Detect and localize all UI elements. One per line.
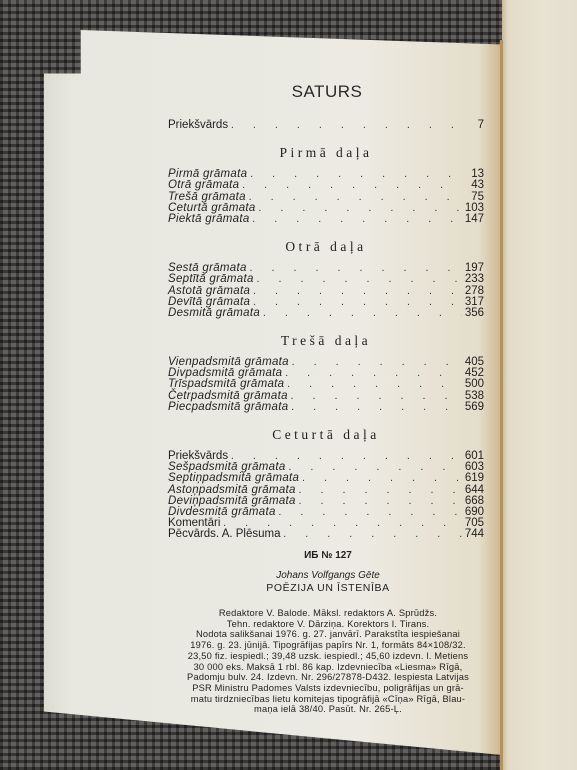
toc-entry: Septiņpadsmitā grāmata. . . . . . . . . … <box>168 473 484 484</box>
leader-dots: . . . . . . . . . . . . . . . . . . . . … <box>250 263 462 274</box>
toc-entry: Otrā grāmata. . . . . . . . . . . . . . … <box>168 180 484 191</box>
toc-page-number: 147 <box>462 214 484 225</box>
toc-page-number: 7 <box>462 120 484 131</box>
leader-dots: . . . . . . . . . . . . . . . . . . . . … <box>284 529 463 540</box>
leader-dots: . . . . . . . . . . . . . . . . . . . . … <box>287 379 462 390</box>
leader-dots: . . . . . . . . . . . . . . . . . . . . … <box>299 496 462 507</box>
leader-dots: . . . . . . . . . . . . . . . . . . . . … <box>253 297 462 308</box>
part-heading: Pirmā daļa <box>168 143 484 163</box>
facing-page <box>502 0 577 770</box>
page-gutter <box>500 40 503 770</box>
toc-entry-label: Piecpadsmitā grāmata <box>168 402 291 413</box>
leader-dots: . . . . . . . . . . . . . . . . . . . . … <box>292 357 462 368</box>
toc-entry: Piektā grāmata. . . . . . . . . . . . . … <box>168 214 484 225</box>
toc-entry: Piecpadsmitā grāmata. . . . . . . . . . … <box>168 402 484 413</box>
toc-entry-label: Trīspadsmitā grāmata <box>168 379 287 390</box>
leader-dots: . . . . . . . . . . . . . . . . . . . . … <box>289 462 462 473</box>
leader-dots: . . . . . . . . . . . . . . . . . . . . … <box>291 402 462 413</box>
colophon-line: Padomju bulv. 24. Izdevn. Nr. 296/27878-… <box>168 672 488 683</box>
toc-entry-label: Otrā grāmata <box>168 180 242 191</box>
leader-dots: . . . . . . . . . . . . . . . . . . . . … <box>302 473 462 484</box>
leader-dots: . . . . . . . . . . . . . . . . . . . . … <box>257 274 462 285</box>
toc-page-number: 619 <box>462 473 484 484</box>
leader-dots: . . . . . . . . . . . . . . . . . . . . … <box>285 368 462 379</box>
toc-page-number: 500 <box>462 379 484 390</box>
toc-page-number: 356 <box>462 308 484 319</box>
toc-entry-label: Priekšvārds <box>168 120 231 131</box>
toc-entry-preface: Priekšvārds . . . . . . . . . . . . . . … <box>168 120 484 131</box>
toc-entry: Septītā grāmata. . . . . . . . . . . . .… <box>168 274 484 285</box>
colophon: Redaktore V. Balode. Māksl. redaktors A.… <box>168 608 488 715</box>
leader-dots: . . . . . . . . . . . . . . . . . . . . … <box>253 214 462 225</box>
leader-dots: . . . . . . . . . . . . . . . . . . . . … <box>242 180 462 191</box>
toc-page-number: 233 <box>462 274 484 285</box>
leader-dots: . . . . . . . . . . . . . . . . . . . . … <box>263 308 462 319</box>
colophon-line: PSR Ministru Padomes Valsts izdevniecību… <box>168 683 488 694</box>
colophon-line: maņa ielā 38/40. Pasūt. Nr. 265-Ļ. <box>168 704 488 715</box>
toc-title: SATURS <box>170 80 484 104</box>
leader-dots: . . . . . . . . . . . . . . . . . . . . … <box>291 391 462 402</box>
colophon-line: 23,50 fiz. iespiedl.; 39,48 uzsk. iespie… <box>168 651 488 662</box>
toc-page-number: 569 <box>462 402 484 413</box>
toc-entry-label: Desmitā grāmata <box>168 308 263 319</box>
toc-entry: Astotā grāmata. . . . . . . . . . . . . … <box>168 286 484 297</box>
colophon-line: Nodota salikšanai 1976. g. 27. janvārī. … <box>168 629 488 640</box>
toc-entry: Trīspadsmitā grāmata. . . . . . . . . . … <box>168 379 484 390</box>
leader-dots: . . . . . . . . . . . . . . . . . . . . … <box>249 192 462 203</box>
book-title: POĒZIJA UN ĪSTENĪBA <box>168 582 488 596</box>
toc-entry: Desmitā grāmata. . . . . . . . . . . . .… <box>168 308 484 319</box>
toc-page-number: 744 <box>462 529 484 540</box>
author-name: Johans Volfgangs Gēte <box>168 570 488 582</box>
colophon-line: Tehn. redaktore V. Dārziņa. Korektors I.… <box>168 619 488 630</box>
leader-dots: . . . . . . . . . . . . . . . . . . . . … <box>279 507 462 518</box>
colophon-line: matu tirdzniecības lietu komitejas tipog… <box>168 694 488 705</box>
imprint: ИБ № 127 Johans Volfgangs Gēte POĒZIJA U… <box>168 550 488 715</box>
colophon-line: 1976. g. 23. jūnijā. Tipogrāfijas papīrs… <box>168 640 488 651</box>
leader-dots: . . . . . . . . . . . . . . . . . . . . … <box>253 286 462 297</box>
ib-number: ИБ № 127 <box>168 550 488 564</box>
leader-dots: . . . . . . . . . . . . . . . . . . . . … <box>231 120 462 131</box>
colophon-line: 30 000 eks. Maksā 1 rbl. 86 kap. Izdevni… <box>168 662 488 673</box>
toc-entry: Pēcvārds. A. Plēsuma. . . . . . . . . . … <box>168 529 484 540</box>
toc-entry-label: Septiņpadsmitā grāmata <box>168 473 302 484</box>
toc-entry-label: Septītā grāmata <box>168 274 257 285</box>
leader-dots: . . . . . . . . . . . . . . . . . . . . … <box>259 203 462 214</box>
part-heading: Trešā daļa <box>168 331 484 351</box>
toc-entry-label: Piektā grāmata <box>168 214 253 225</box>
table-of-contents: SATURS Priekšvārds . . . . . . . . . . .… <box>168 80 484 541</box>
colophon-line: Redaktore V. Balode. Māksl. redaktors A.… <box>168 608 488 619</box>
toc-parts: Pirmā daļaPirmā grāmata. . . . . . . . .… <box>168 143 484 540</box>
part-heading: Ceturtā daļa <box>168 425 484 445</box>
part-heading: Otrā daļa <box>168 237 484 257</box>
leader-dots: . . . . . . . . . . . . . . . . . . . . … <box>250 169 462 180</box>
leader-dots: . . . . . . . . . . . . . . . . . . . . … <box>299 485 462 496</box>
toc-page-number: 43 <box>462 180 484 191</box>
toc-entry-label: Pēcvārds. A. Plēsuma <box>168 529 284 540</box>
